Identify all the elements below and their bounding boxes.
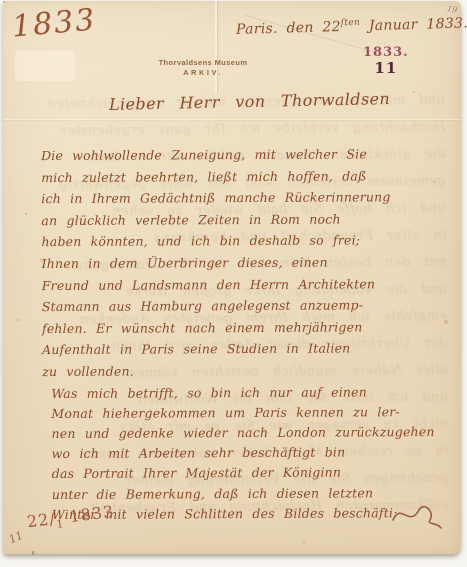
- body-line: mich zuletzt beehrten, ließt mich hoffen…: [41, 165, 455, 189]
- body-line: Monat hiehergekommen um Paris kennen zu …: [51, 402, 456, 424]
- corner-pencil-note: 19: [446, 4, 458, 15]
- body-line: Die wohlwollende Zuneigung, mit welcher …: [41, 143, 455, 167]
- body-line: ich in Ihrem Gedächtniß manche Rückerinn…: [41, 186, 455, 210]
- body-line: Freund und Landsmann den Herrn Architekt…: [42, 272, 456, 296]
- body-line: fehlen. Er wünscht nach einem mehrjährig…: [42, 316, 456, 340]
- registration-stamp-year: 1833.: [363, 45, 409, 60]
- signature-flourish: [387, 498, 445, 532]
- archival-date-prefix: 22/: [26, 509, 57, 531]
- letter-body: Die wohlwollende Zuneigung, mit welcher …: [41, 143, 457, 525]
- archival-check-mark: x: [31, 549, 35, 557]
- dateline-suffix: Januar 1833.: [360, 15, 467, 34]
- archival-date-note: 22/1 1833: [26, 502, 116, 535]
- archival-number-note: 11: [7, 529, 25, 547]
- label-residue-patch: [15, 51, 75, 81]
- museum-stamp-line1: Thorvaldsens Museum: [153, 58, 253, 67]
- dateline-prefix: Paris. den 22: [236, 19, 341, 38]
- body-paragraph-1: Die wohlwollende Zuneigung, mit welcher …: [41, 143, 456, 383]
- body-line: an glücklich verlebte Zeiten in Rom noch: [41, 208, 455, 232]
- body-line: Aufenthalt in Paris seine Studien in Ita…: [42, 337, 456, 361]
- letter-scan: und mit der Versicherung meiner ausgezei…: [0, 0, 467, 567]
- museum-archive-stamp: Thorvaldsens Museum ARKIV.: [153, 58, 253, 77]
- letter-paper: und mit der Versicherung meiner ausgezei…: [3, 1, 461, 554]
- body-line: haben könnten, und ich bin deshalb so fr…: [41, 229, 455, 253]
- body-line: zu vollenden.: [42, 359, 456, 383]
- body-line: wo ich mit Arbeiten sehr beschäftigt bin: [52, 442, 457, 464]
- registration-stamp-number: 11: [363, 59, 409, 77]
- body-line: Stamann aus Hamburg angelegenst anzuemp-: [42, 294, 456, 318]
- body-line: Ihnen in dem Überbringer dieses, einen: [42, 251, 456, 275]
- fold-crease-vertical: [215, 1, 217, 93]
- registration-stamp: 1833. 11: [363, 45, 409, 77]
- dateline: Paris. den 22ſten Januar 1833.: [236, 15, 467, 38]
- body-line: nen und gedenke wieder nach London zurüc…: [51, 422, 456, 444]
- dateline-ordinal: ſten: [341, 18, 361, 29]
- fold-crease-horizontal: [3, 119, 461, 120]
- body-line: das Portrait Ihrer Majestät der Königinn: [52, 462, 457, 484]
- archival-year-ink: 1833: [11, 2, 98, 44]
- foxing-spots: [3, 1, 5, 3]
- museum-stamp-line2: ARKIV.: [153, 68, 253, 77]
- salutation: Lieber Herr von Thorwaldsen: [109, 89, 391, 114]
- body-line: Was mich betrifft, so bin ich nur auf ei…: [51, 381, 456, 403]
